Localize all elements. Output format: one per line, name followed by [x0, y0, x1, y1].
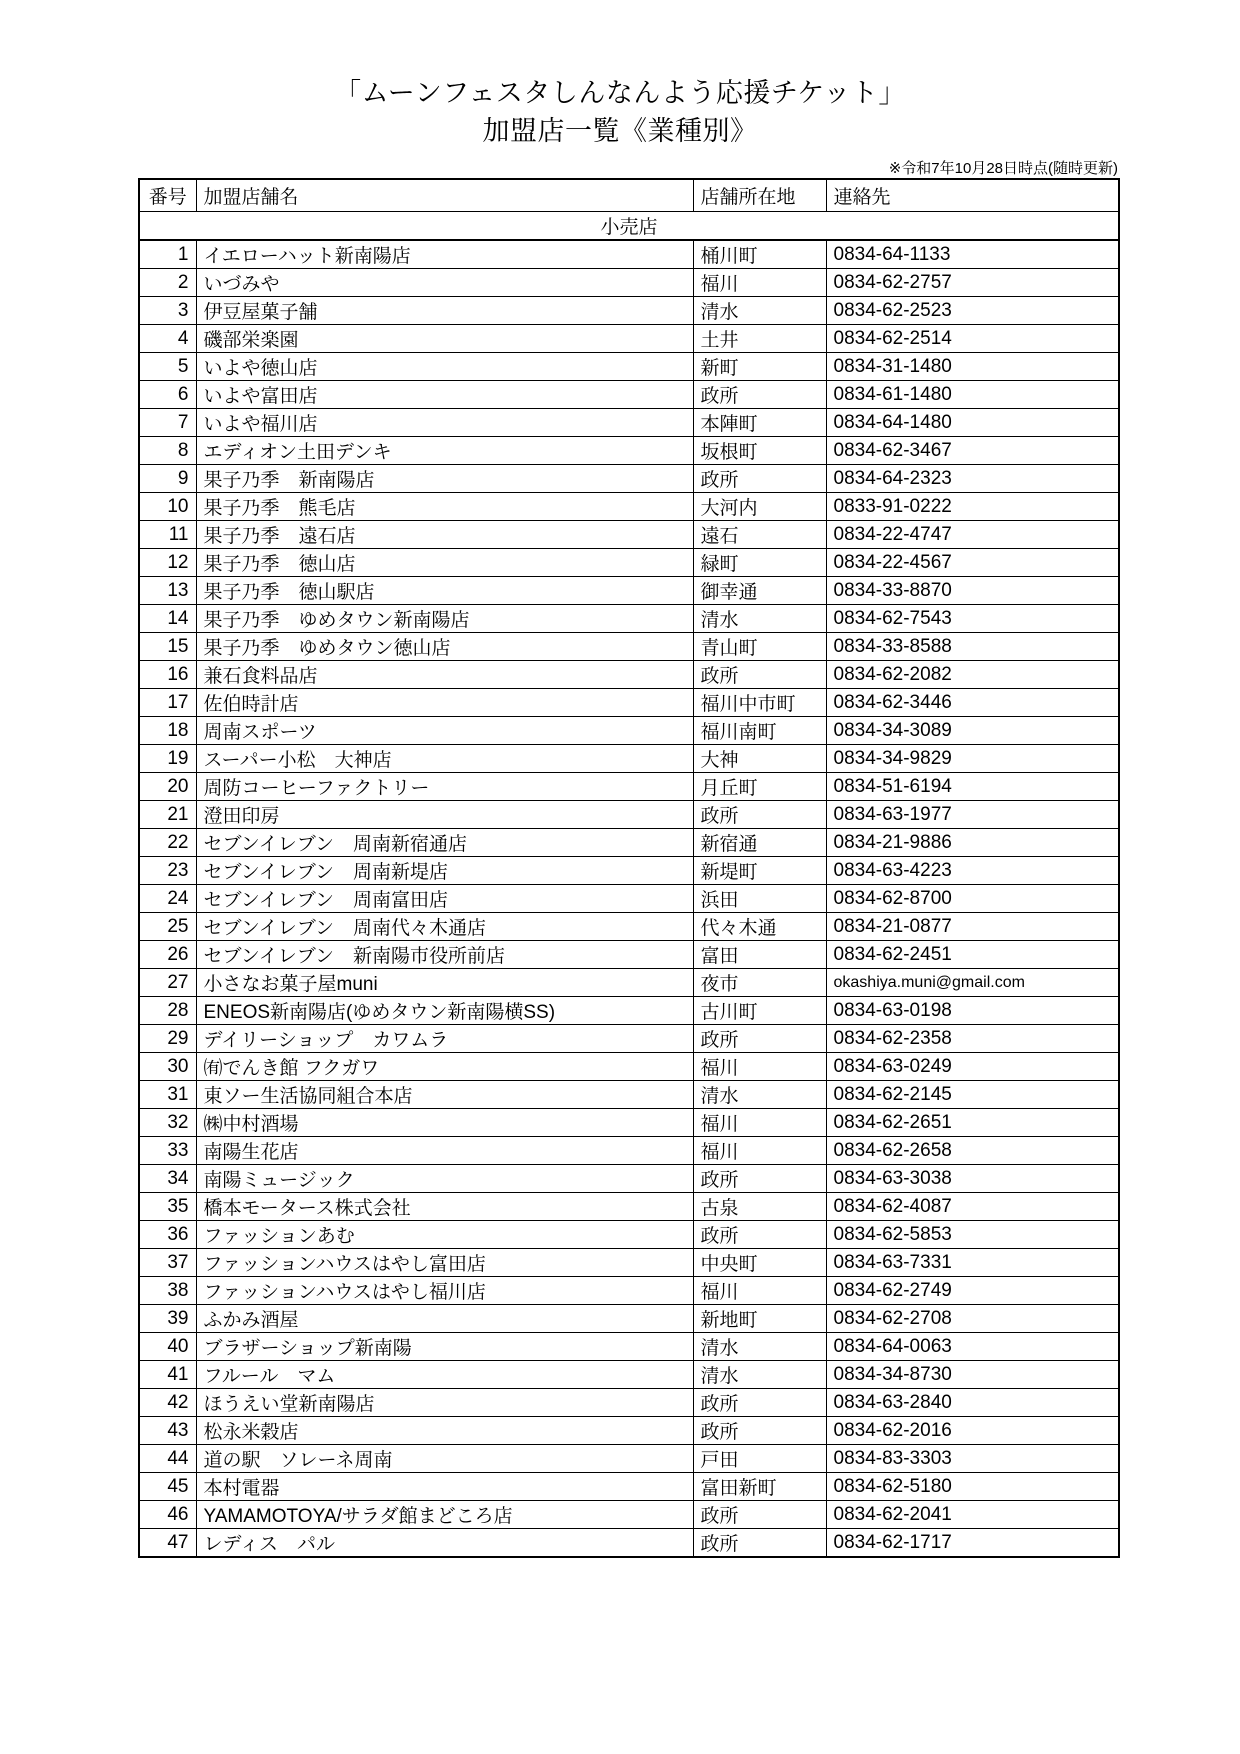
table-row: 44道の駅 ソレーネ周南戸田0834-83-3303 — [139, 1445, 1119, 1473]
row-number-cell: 42 — [139, 1389, 196, 1417]
location-cell: 政所 — [693, 1025, 826, 1053]
location-cell: 福川 — [693, 269, 826, 297]
table-row: 14果子乃季 ゆめタウン新南陽店清水0834-62-7543 — [139, 605, 1119, 633]
contact-cell: 0834-62-5180 — [826, 1473, 1119, 1501]
store-name-cell: 果子乃季 ゆめタウン徳山店 — [196, 633, 693, 661]
store-name-cell: いよや富田店 — [196, 381, 693, 409]
table-row: 33南陽生花店福川0834-62-2658 — [139, 1137, 1119, 1165]
store-name-cell: 周南スポーツ — [196, 717, 693, 745]
contact-cell: 0834-62-8700 — [826, 885, 1119, 913]
store-name-cell: 南陽生花店 — [196, 1137, 693, 1165]
row-number-cell: 11 — [139, 521, 196, 549]
contact-cell: 0833-91-0222 — [826, 493, 1119, 521]
table-row: 38ファッションハウスはやし福川店福川0834-62-2749 — [139, 1277, 1119, 1305]
contact-cell: 0834-62-3446 — [826, 689, 1119, 717]
contact-cell: 0834-63-7331 — [826, 1249, 1119, 1277]
location-cell: 富田新町 — [693, 1473, 826, 1501]
table-row: 5いよや徳山店新町0834-31-1480 — [139, 353, 1119, 381]
store-name-cell: 果子乃季 遠石店 — [196, 521, 693, 549]
contact-cell: 0834-33-8870 — [826, 577, 1119, 605]
contact-cell: 0834-62-2757 — [826, 269, 1119, 297]
location-cell: 新堤町 — [693, 857, 826, 885]
contact-cell: 0834-21-0877 — [826, 913, 1119, 941]
row-number-cell: 16 — [139, 661, 196, 689]
contact-cell: 0834-62-2145 — [826, 1081, 1119, 1109]
location-cell: 中央町 — [693, 1249, 826, 1277]
table-row: 16兼石食料品店政所0834-62-2082 — [139, 661, 1119, 689]
row-number-cell: 10 — [139, 493, 196, 521]
store-name-cell: 磯部栄楽園 — [196, 325, 693, 353]
location-cell: 政所 — [693, 465, 826, 493]
store-name-cell: 周防コーヒーファクトリー — [196, 773, 693, 801]
contact-cell: 0834-63-4223 — [826, 857, 1119, 885]
header-location: 店舗所在地 — [693, 179, 826, 212]
store-name-cell: 松永米穀店 — [196, 1417, 693, 1445]
location-cell: 夜市 — [693, 969, 826, 997]
location-cell: 政所 — [693, 381, 826, 409]
location-cell: 政所 — [693, 1389, 826, 1417]
page-title: 「ムーンフェスタしんなんよう応援チケット」 加盟店一覧《業種別》 — [0, 74, 1240, 150]
row-number-cell: 43 — [139, 1417, 196, 1445]
store-name-cell: 果子乃季 徳山駅店 — [196, 577, 693, 605]
page-title-line1: 「ムーンフェスタしんなんよう応援チケット」 — [0, 74, 1240, 112]
contact-cell: 0834-63-0198 — [826, 997, 1119, 1025]
row-number-cell: 5 — [139, 353, 196, 381]
store-name-cell: 澄田印房 — [196, 801, 693, 829]
store-name-cell: ㈲でんき館 フクガワ — [196, 1053, 693, 1081]
row-number-cell: 44 — [139, 1445, 196, 1473]
table-row: 46YAMAMOTOYA/サラダ館まどころ店政所0834-62-2041 — [139, 1501, 1119, 1529]
row-number-cell: 36 — [139, 1221, 196, 1249]
location-cell: 大河内 — [693, 493, 826, 521]
table-row: 36ファッションあむ政所0834-62-5853 — [139, 1221, 1119, 1249]
row-number-cell: 21 — [139, 801, 196, 829]
location-cell: 政所 — [693, 1417, 826, 1445]
table-row: 24セブンイレブン 周南富田店浜田0834-62-8700 — [139, 885, 1119, 913]
location-cell: 政所 — [693, 801, 826, 829]
contact-cell: 0834-62-2749 — [826, 1277, 1119, 1305]
location-cell: 清水 — [693, 605, 826, 633]
table-row: 22セブンイレブン 周南新宿通店新宿通0834-21-9886 — [139, 829, 1119, 857]
table-header-row: 番号 加盟店舗名 店舗所在地 連絡先 — [139, 179, 1119, 212]
row-number-cell: 9 — [139, 465, 196, 493]
contact-cell: 0834-34-3089 — [826, 717, 1119, 745]
table-row: 28ENEOS新南陽店(ゆめタウン新南陽横SS)古川町0834-63-0198 — [139, 997, 1119, 1025]
contact-cell: 0834-61-1480 — [826, 381, 1119, 409]
store-name-cell: 小さなお菓子屋muni — [196, 969, 693, 997]
contact-cell: 0834-21-9886 — [826, 829, 1119, 857]
contact-cell: 0834-62-2514 — [826, 325, 1119, 353]
location-cell: 政所 — [693, 1529, 826, 1558]
page-title-line2: 加盟店一覧《業種別》 — [0, 112, 1240, 150]
table-row: 21澄田印房政所0834-63-1977 — [139, 801, 1119, 829]
row-number-cell: 12 — [139, 549, 196, 577]
row-number-cell: 45 — [139, 1473, 196, 1501]
table-row: 27小さなお菓子屋muni夜市okashiya.muni@gmail.com — [139, 969, 1119, 997]
row-number-cell: 27 — [139, 969, 196, 997]
table-row: 6いよや富田店政所0834-61-1480 — [139, 381, 1119, 409]
table-row: 39ふかみ酒屋新地町0834-62-2708 — [139, 1305, 1119, 1333]
location-cell: 本陣町 — [693, 409, 826, 437]
table-row: 25セブンイレブン 周南代々木通店代々木通0834-21-0877 — [139, 913, 1119, 941]
store-name-cell: 道の駅 ソレーネ周南 — [196, 1445, 693, 1473]
contact-cell: 0834-63-2840 — [826, 1389, 1119, 1417]
store-name-cell: 伊豆屋菓子舗 — [196, 297, 693, 325]
table-row: 26セブンイレブン 新南陽市役所前店富田0834-62-2451 — [139, 941, 1119, 969]
location-cell: 政所 — [693, 1165, 826, 1193]
row-number-cell: 18 — [139, 717, 196, 745]
table-row: 42ほうえい堂新南陽店政所0834-63-2840 — [139, 1389, 1119, 1417]
contact-cell: 0834-62-1717 — [826, 1529, 1119, 1558]
contact-cell: 0834-64-2323 — [826, 465, 1119, 493]
row-number-cell: 8 — [139, 437, 196, 465]
store-name-cell: 南陽ミュージック — [196, 1165, 693, 1193]
updated-note: ※令和7年10月28日時点(随時更新) — [138, 157, 1118, 178]
section-label: 小売店 — [139, 212, 1119, 241]
store-name-cell: いづみや — [196, 269, 693, 297]
document-page: 「ムーンフェスタしんなんよう応援チケット」 加盟店一覧《業種別》 ※令和7年10… — [0, 0, 1240, 1754]
location-cell: 代々木通 — [693, 913, 826, 941]
table-row: 8エディオン土田デンキ坂根町0834-62-3467 — [139, 437, 1119, 465]
table-row: 37ファッションハウスはやし富田店中央町0834-63-7331 — [139, 1249, 1119, 1277]
table-row: 41フルール マム清水0834-34-8730 — [139, 1361, 1119, 1389]
table-row: 45本村電器富田新町0834-62-5180 — [139, 1473, 1119, 1501]
location-cell: 御幸通 — [693, 577, 826, 605]
contact-cell: 0834-22-4747 — [826, 521, 1119, 549]
row-number-cell: 33 — [139, 1137, 196, 1165]
location-cell: 桶川町 — [693, 240, 826, 269]
store-name-cell: イエローハット新南陽店 — [196, 240, 693, 269]
store-name-cell: ブラザーショップ新南陽 — [196, 1333, 693, 1361]
contact-cell: 0834-63-1977 — [826, 801, 1119, 829]
contact-cell: 0834-33-8588 — [826, 633, 1119, 661]
table-row: 15果子乃季 ゆめタウン徳山店青山町0834-33-8588 — [139, 633, 1119, 661]
location-cell: 福川中市町 — [693, 689, 826, 717]
store-name-cell: レディス パル — [196, 1529, 693, 1558]
row-number-cell: 39 — [139, 1305, 196, 1333]
store-name-cell: ENEOS新南陽店(ゆめタウン新南陽横SS) — [196, 997, 693, 1025]
location-cell: 福川南町 — [693, 717, 826, 745]
location-cell: 大神 — [693, 745, 826, 773]
row-number-cell: 7 — [139, 409, 196, 437]
store-name-cell: セブンイレブン 周南富田店 — [196, 885, 693, 913]
row-number-cell: 26 — [139, 941, 196, 969]
table-row: 40ブラザーショップ新南陽清水0834-64-0063 — [139, 1333, 1119, 1361]
store-name-cell: セブンイレブン 新南陽市役所前店 — [196, 941, 693, 969]
contact-cell: 0834-83-3303 — [826, 1445, 1119, 1473]
section-row-retail: 小売店 — [139, 212, 1119, 241]
location-cell: 青山町 — [693, 633, 826, 661]
store-name-cell: YAMAMOTOYA/サラダ館まどころ店 — [196, 1501, 693, 1529]
row-number-cell: 29 — [139, 1025, 196, 1053]
location-cell: 福川 — [693, 1109, 826, 1137]
store-name-cell: セブンイレブン 周南代々木通店 — [196, 913, 693, 941]
row-number-cell: 41 — [139, 1361, 196, 1389]
table-row: 34南陽ミュージック政所0834-63-3038 — [139, 1165, 1119, 1193]
store-name-cell: 果子乃季 新南陽店 — [196, 465, 693, 493]
store-name-cell: スーパー小松 大神店 — [196, 745, 693, 773]
location-cell: 清水 — [693, 297, 826, 325]
store-name-cell: 果子乃季 徳山店 — [196, 549, 693, 577]
table-row: 20周防コーヒーファクトリー月丘町0834-51-6194 — [139, 773, 1119, 801]
store-name-cell: ほうえい堂新南陽店 — [196, 1389, 693, 1417]
contact-cell: 0834-31-1480 — [826, 353, 1119, 381]
header-contact: 連絡先 — [826, 179, 1119, 212]
store-name-cell: いよや福川店 — [196, 409, 693, 437]
location-cell: 清水 — [693, 1333, 826, 1361]
header-store-name: 加盟店舗名 — [196, 179, 693, 212]
contact-cell: 0834-62-2358 — [826, 1025, 1119, 1053]
contact-cell: 0834-62-2041 — [826, 1501, 1119, 1529]
table-row: 13果子乃季 徳山駅店御幸通0834-33-8870 — [139, 577, 1119, 605]
table-row: 19スーパー小松 大神店大神0834-34-9829 — [139, 745, 1119, 773]
location-cell: 新地町 — [693, 1305, 826, 1333]
location-cell: 遠石 — [693, 521, 826, 549]
table-row: 17佐伯時計店福川中市町0834-62-3446 — [139, 689, 1119, 717]
store-name-cell: 本村電器 — [196, 1473, 693, 1501]
row-number-cell: 47 — [139, 1529, 196, 1558]
row-number-cell: 3 — [139, 297, 196, 325]
table-row: 35橋本モータース株式会社古泉0834-62-4087 — [139, 1193, 1119, 1221]
location-cell: 富田 — [693, 941, 826, 969]
store-name-cell: 橋本モータース株式会社 — [196, 1193, 693, 1221]
row-number-cell: 28 — [139, 997, 196, 1025]
contact-cell: 0834-62-2708 — [826, 1305, 1119, 1333]
location-cell: 浜田 — [693, 885, 826, 913]
contact-cell: 0834-64-1480 — [826, 409, 1119, 437]
location-cell: 坂根町 — [693, 437, 826, 465]
store-name-cell: ファッションあむ — [196, 1221, 693, 1249]
contact-cell: 0834-64-1133 — [826, 240, 1119, 269]
store-name-cell: セブンイレブン 周南新堤店 — [196, 857, 693, 885]
location-cell: 政所 — [693, 1221, 826, 1249]
row-number-cell: 14 — [139, 605, 196, 633]
contact-cell: 0834-62-5853 — [826, 1221, 1119, 1249]
row-number-cell: 34 — [139, 1165, 196, 1193]
location-cell: 清水 — [693, 1081, 826, 1109]
store-name-cell: デイリーショップ カワムラ — [196, 1025, 693, 1053]
contact-cell: 0834-62-7543 — [826, 605, 1119, 633]
location-cell: 緑町 — [693, 549, 826, 577]
store-name-cell: 佐伯時計店 — [196, 689, 693, 717]
location-cell: 古泉 — [693, 1193, 826, 1221]
location-cell: 政所 — [693, 661, 826, 689]
row-number-cell: 31 — [139, 1081, 196, 1109]
table-row: 2いづみや福川0834-62-2757 — [139, 269, 1119, 297]
store-name-cell: ㈱中村酒場 — [196, 1109, 693, 1137]
row-number-cell: 38 — [139, 1277, 196, 1305]
contact-cell: 0834-63-0249 — [826, 1053, 1119, 1081]
location-cell: 古川町 — [693, 997, 826, 1025]
contact-cell: 0834-64-0063 — [826, 1333, 1119, 1361]
contact-cell: 0834-51-6194 — [826, 773, 1119, 801]
contact-cell: 0834-62-2082 — [826, 661, 1119, 689]
row-number-cell: 46 — [139, 1501, 196, 1529]
contact-cell: 0834-22-4567 — [826, 549, 1119, 577]
table-row: 43松永米穀店政所0834-62-2016 — [139, 1417, 1119, 1445]
table-row: 32㈱中村酒場福川0834-62-2651 — [139, 1109, 1119, 1137]
contact-cell: 0834-63-3038 — [826, 1165, 1119, 1193]
store-name-cell: フルール マム — [196, 1361, 693, 1389]
row-number-cell: 4 — [139, 325, 196, 353]
contact-cell: 0834-62-2451 — [826, 941, 1119, 969]
row-number-cell: 20 — [139, 773, 196, 801]
store-name-cell: エディオン土田デンキ — [196, 437, 693, 465]
table-row: 23セブンイレブン 周南新堤店新堤町0834-63-4223 — [139, 857, 1119, 885]
contact-cell: 0834-62-3467 — [826, 437, 1119, 465]
location-cell: 土井 — [693, 325, 826, 353]
row-number-cell: 25 — [139, 913, 196, 941]
table-row: 18周南スポーツ福川南町0834-34-3089 — [139, 717, 1119, 745]
contact-cell: 0834-34-9829 — [826, 745, 1119, 773]
header-number: 番号 — [139, 179, 196, 212]
contact-cell: 0834-34-8730 — [826, 1361, 1119, 1389]
location-cell: 福川 — [693, 1137, 826, 1165]
location-cell: 新町 — [693, 353, 826, 381]
store-name-cell: いよや徳山店 — [196, 353, 693, 381]
location-cell: 福川 — [693, 1053, 826, 1081]
location-cell: 新宿通 — [693, 829, 826, 857]
store-name-cell: 東ソー生活協同組合本店 — [196, 1081, 693, 1109]
table-row: 11果子乃季 遠石店遠石0834-22-4747 — [139, 521, 1119, 549]
store-name-cell: ファッションハウスはやし福川店 — [196, 1277, 693, 1305]
store-name-cell: ふかみ酒屋 — [196, 1305, 693, 1333]
row-number-cell: 35 — [139, 1193, 196, 1221]
contact-cell: 0834-62-2658 — [826, 1137, 1119, 1165]
table-row: 29デイリーショップ カワムラ政所0834-62-2358 — [139, 1025, 1119, 1053]
contact-cell: 0834-62-4087 — [826, 1193, 1119, 1221]
contact-cell: 0834-62-2523 — [826, 297, 1119, 325]
row-number-cell: 22 — [139, 829, 196, 857]
table-row: 4磯部栄楽園土井0834-62-2514 — [139, 325, 1119, 353]
location-cell: 清水 — [693, 1361, 826, 1389]
table-row: 3伊豆屋菓子舗清水0834-62-2523 — [139, 297, 1119, 325]
table-row: 7いよや福川店本陣町0834-64-1480 — [139, 409, 1119, 437]
table-row: 30㈲でんき館 フクガワ福川0834-63-0249 — [139, 1053, 1119, 1081]
member-store-table: 番号 加盟店舗名 店舗所在地 連絡先 小売店 1イエローハット新南陽店桶川町08… — [138, 178, 1120, 1558]
table-row: 31東ソー生活協同組合本店清水0834-62-2145 — [139, 1081, 1119, 1109]
row-number-cell: 1 — [139, 240, 196, 269]
contact-cell: 0834-62-2016 — [826, 1417, 1119, 1445]
row-number-cell: 40 — [139, 1333, 196, 1361]
row-number-cell: 13 — [139, 577, 196, 605]
store-name-cell: セブンイレブン 周南新宿通店 — [196, 829, 693, 857]
table-row: 9果子乃季 新南陽店政所0834-64-2323 — [139, 465, 1119, 493]
row-number-cell: 6 — [139, 381, 196, 409]
location-cell: 戸田 — [693, 1445, 826, 1473]
table-row: 1イエローハット新南陽店桶川町0834-64-1133 — [139, 240, 1119, 269]
row-number-cell: 37 — [139, 1249, 196, 1277]
store-name-cell: 兼石食料品店 — [196, 661, 693, 689]
store-name-cell: 果子乃季 熊毛店 — [196, 493, 693, 521]
row-number-cell: 15 — [139, 633, 196, 661]
table-row: 47レディス パル政所0834-62-1717 — [139, 1529, 1119, 1558]
row-number-cell: 19 — [139, 745, 196, 773]
row-number-cell: 32 — [139, 1109, 196, 1137]
table-row: 10果子乃季 熊毛店大河内0833-91-0222 — [139, 493, 1119, 521]
row-number-cell: 24 — [139, 885, 196, 913]
row-number-cell: 2 — [139, 269, 196, 297]
row-number-cell: 17 — [139, 689, 196, 717]
contact-cell: 0834-62-2651 — [826, 1109, 1119, 1137]
location-cell: 福川 — [693, 1277, 826, 1305]
table-row: 12果子乃季 徳山店緑町0834-22-4567 — [139, 549, 1119, 577]
row-number-cell: 23 — [139, 857, 196, 885]
contact-cell: okashiya.muni@gmail.com — [826, 969, 1119, 997]
store-name-cell: ファッションハウスはやし富田店 — [196, 1249, 693, 1277]
store-name-cell: 果子乃季 ゆめタウン新南陽店 — [196, 605, 693, 633]
location-cell: 政所 — [693, 1501, 826, 1529]
row-number-cell: 30 — [139, 1053, 196, 1081]
location-cell: 月丘町 — [693, 773, 826, 801]
